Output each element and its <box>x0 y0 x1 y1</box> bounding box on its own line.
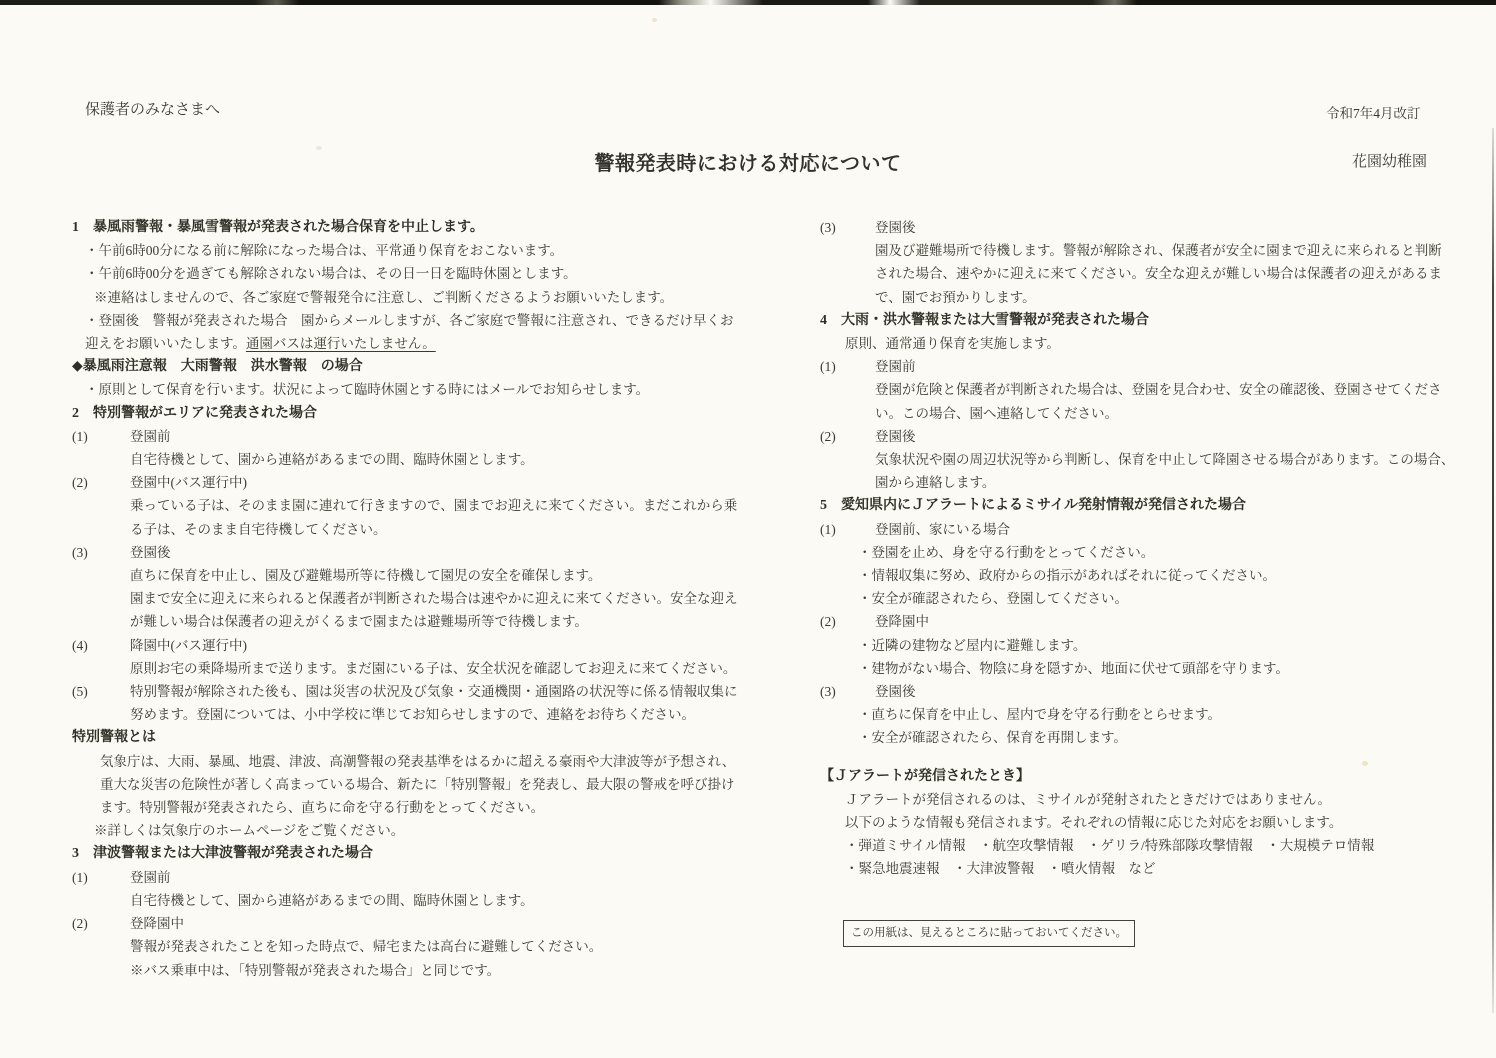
item-label: 登園後 <box>875 680 916 703</box>
line-text: ◆暴風雨注意報 大雨警報 洪水警報 の場合 <box>72 359 363 374</box>
line-text: ※詳しくは気象庁のホームページをご覧ください。 <box>94 823 404 838</box>
section-heading: 3 津波警報または大津波警報が発表された場合 <box>72 842 740 865</box>
item-label: 登園後 <box>875 425 916 448</box>
body-line: ・弾道ミサイル情報 ・航空攻撃情報 ・ゲリラ/特殊部隊攻撃情報 ・大規模テロ情報 <box>845 834 1455 857</box>
item-label: 登降園中 <box>875 610 929 633</box>
underlined-text: 通園バスは運行いたしません。 <box>246 336 436 351</box>
line-text: 園及び避難場所で待機します。警報が解除され、保護者が安全に園まで迎えに来られると… <box>875 243 1442 304</box>
line-text: ・登園を止め、身を守る行動をとってください。 <box>858 545 1154 560</box>
line-text: 1 暴風雨警報・暴風雪警報が発表された場合保育を中止します。 <box>72 220 484 235</box>
line-text: 以下のような情報も発信されます。それぞれの情報に応じた対応をお願いします。 <box>845 815 1342 830</box>
spacer <box>820 750 1455 765</box>
bullet-line: ・登園を止め、身を守る行動をとってください。 <box>858 541 1455 564</box>
line-text: ・原則として保育を行います。状況によって臨時休園とする時にはメールでお知らせしま… <box>85 382 649 397</box>
line-text: ・弾道ミサイル情報 ・航空攻撃情報 ・ゲリラ/特殊部隊攻撃情報 ・大規模テロ情報 <box>845 838 1374 853</box>
bullet-line: ・建物がない場合、物陰に身を隠すか、地面に伏せて頭部を守ります。 <box>858 657 1455 680</box>
item-number: (5) <box>72 680 130 703</box>
line-text: ・情報収集に努め、政府からの指示があればそれに従ってください。 <box>858 568 1276 583</box>
numbered-item: (1)登園前 <box>72 866 740 889</box>
item-label: 登園後 <box>130 541 171 564</box>
line-text: ・直ちに保育を中止し、屋内で身を守る行動をとらせます。 <box>858 707 1221 722</box>
numbered-item: (4)降園中(バス運行中) <box>72 634 740 657</box>
body-line: 原則、通常通り保育を実施します。 <box>845 332 1455 355</box>
definition-heading: 特別警報とは <box>72 726 740 749</box>
document-title: 警報発表時における対応について <box>0 153 1496 176</box>
line-text: ・安全が確認されたら、登園してください。 <box>858 591 1128 606</box>
item-text: 特別警報が解除された後も、園は災害の状況及び気象・交通機関・通園路の状況等に係る… <box>130 684 738 722</box>
scan-edge-artifact <box>0 0 1496 5</box>
left-column: 1 暴風雨警報・暴風雪警報が発表された場合保育を中止します。・午前6時00分にな… <box>72 216 740 982</box>
item-number: (3) <box>820 216 875 239</box>
line-text: 自宅待機として、園から連絡があるまでの間、臨時休園とします。 <box>130 452 534 467</box>
paragraph-line: 直ちに保育を中止し、園及び避難場所等に待機して園児の安全を確保します。 <box>130 564 740 587</box>
item-number: (3) <box>72 541 130 564</box>
item-number: (2) <box>72 912 130 935</box>
body-line: Ｊアラートが発信されるのは、ミサイルが発射されたときだけではありません。 <box>845 788 1455 811</box>
bullet-line: ・直ちに保育を中止し、屋内で身を守る行動をとらせます。 <box>858 703 1455 726</box>
paragraph-line: 自宅待機として、園から連絡があるまでの間、臨時休園とします。 <box>130 889 740 912</box>
numbered-item: (2)登降園中 <box>72 912 740 935</box>
paragraph-line: 原則お宅の乗降場所まで送ります。まだ園にいる子は、安全状況を確認してお迎えに来て… <box>130 657 740 680</box>
line-text: ・午前6時00分になる前に解除になった場合は、平常通り保育をおこないます。 <box>85 243 563 258</box>
section-heading: 2 特別警報がエリアに発表された場合 <box>72 402 740 425</box>
scan-speck <box>316 146 322 150</box>
revision-date: 令和7年4月改訂 <box>1326 102 1421 125</box>
item-label: 降園中(バス運行中) <box>130 634 247 657</box>
bullet-line: ・登園後 警報が発表された場合 園からメールしますが、各ご家庭で警報に注意され、… <box>85 309 740 355</box>
line-text: 特別警報とは <box>72 730 156 745</box>
subsection-heading: ◆暴風雨注意報 大雨警報 洪水警報 の場合 <box>72 355 740 378</box>
line-text: 5 愛知県内にＪアラートによるミサイル発射情報が発信された場合 <box>820 498 1246 513</box>
line-text: 自宅待機として、園から連絡があるまでの間、臨時休園とします。 <box>130 893 534 908</box>
line-text: ・建物がない場合、物陰に身を隠すか、地面に伏せて頭部を守ります。 <box>858 661 1289 676</box>
scan-edge-artifact-right <box>1492 128 1494 1013</box>
bullet-line: ・情報収集に努め、政府からの指示があればそれに従ってください。 <box>858 564 1455 587</box>
paragraph-line: 園及び避難場所で待機します。警報が解除され、保護者が安全に園まで迎えに来られると… <box>875 239 1455 309</box>
item-number: (4) <box>72 634 130 657</box>
line-text: 3 津波警報または大津波警報が発表された場合 <box>72 846 373 861</box>
item-label: 登園前 <box>130 866 171 889</box>
section-heading: 5 愛知県内にＪアラートによるミサイル発射情報が発信された場合 <box>820 494 1455 517</box>
bullet-line: ・午前6時00分になる前に解除になった場合は、平常通り保育をおこないます。 <box>85 239 740 262</box>
line-text: ・午前6時00分を過ぎても解除されない場合は、その日一日を臨時休園とします。 <box>85 266 577 281</box>
bullet-line: ・午前6時00分を過ぎても解除されない場合は、その日一日を臨時休園とします。 <box>85 262 740 285</box>
line-text: 警報が発表されたことを知った時点で、帰宅または高台に避難してください。 <box>130 939 602 954</box>
item-label: 登降園中 <box>130 912 184 935</box>
note-line: ※詳しくは気象庁のホームページをご覧ください。 <box>94 819 740 842</box>
item-number: (2) <box>72 471 130 494</box>
numbered-item: (3)登園後 <box>820 216 1455 239</box>
item-number: (1) <box>820 518 875 541</box>
line-text: 登園が危険と保護者が判断された場合は、登園を見合わせ、安全の確認後、登園させてく… <box>875 382 1442 420</box>
paragraph-line: 自宅待機として、園から連絡があるまでの間、臨時休園とします。 <box>130 448 740 471</box>
numbered-item: (3)登園後 <box>72 541 740 564</box>
item-label: 登園後 <box>875 216 916 239</box>
item-number: (1) <box>820 355 875 378</box>
numbered-item: (2)登降園中 <box>820 610 1455 633</box>
line-text: 【Ｊアラートが発信されたとき】 <box>820 769 1030 784</box>
body-line: ・緊急地震速報 ・大津波警報 ・噴火情報 など <box>845 857 1455 880</box>
item-label: 登園中(バス運行中) <box>130 471 247 494</box>
body-line: 以下のような情報も発信されます。それぞれの情報に応じた対応をお願いします。 <box>845 811 1455 834</box>
salutation: 保護者のみなさまへ <box>85 99 220 122</box>
line-text: 気象状況や園の周辺状況等から判断し、保育を中止して降園させる場合があります。この… <box>875 452 1454 490</box>
item-label: 登園前 <box>130 425 171 448</box>
line-text: 乗っている子は、そのまま園に連れて行きますので、園までお迎えに来てください。まだ… <box>130 498 737 536</box>
line-text: ※バス乗車中は、「特別警報が発表された場合」と同じです。 <box>130 963 500 978</box>
bullet-line: ・安全が確認されたら、保育を再開します。 <box>858 726 1455 749</box>
section-heading: 4 大雨・洪水警報または大雪警報が発表された場合 <box>820 309 1455 332</box>
line-text: ・安全が確認されたら、保育を再開します。 <box>858 730 1127 745</box>
item-number: (1) <box>72 866 130 889</box>
paragraph-line: 園まで安全に迎えに来られると保護者が判断された場合は速やかに迎えに来てください。… <box>130 587 740 633</box>
numbered-item: (3)登園後 <box>820 680 1455 703</box>
note-line: ※連絡はしませんので、各ご家庭で警報発令に注意し、ご判断くださるようお願いいたし… <box>94 286 740 309</box>
line-text: 2 特別警報がエリアに発表された場合 <box>72 406 317 421</box>
line-text: 原則、通常通り保育を実施します。 <box>845 336 1060 351</box>
section-heading: 1 暴風雨警報・暴風雪警報が発表された場合保育を中止します。 <box>72 216 740 239</box>
paragraph-line: 登園が危険と保護者が判断された場合は、登園を見合わせ、安全の確認後、登園させてく… <box>875 378 1455 424</box>
bullet-line: ・原則として保育を行います。状況によって臨時休園とする時にはメールでお知らせしま… <box>85 378 740 401</box>
line-text: 直ちに保育を中止し、園及び避難場所等に待機して園児の安全を確保します。 <box>130 568 601 583</box>
item-number: (1) <box>72 425 130 448</box>
line-text: ※連絡はしませんので、各ご家庭で警報発令に注意し、ご判断くださるようお願いいたし… <box>94 290 673 305</box>
item-number: (2) <box>820 425 875 448</box>
paragraph-line: 乗っている子は、そのまま園に連れて行きますので、園までお迎えに来てください。まだ… <box>130 494 740 540</box>
notice-box: この用紙は、見えるところに貼っておいてください。 <box>843 920 1135 947</box>
line-text: 原則お宅の乗降場所まで送ります。まだ園にいる子は、安全状況を確認してお迎えに来て… <box>130 661 736 676</box>
line-text: Ｊアラートが発信されるのは、ミサイルが発射されたときだけではありません。 <box>845 792 1331 807</box>
item-label: 登園前、家にいる場合 <box>875 518 1010 541</box>
numbered-item: (2)登園中(バス運行中) <box>72 471 740 494</box>
item-number: (3) <box>820 680 875 703</box>
scanned-document-page: 保護者のみなさまへ 令和7年4月改訂 花園幼稚園 警報発表時における対応について… <box>0 0 1496 1058</box>
paragraph-line: 気象状況や園の周辺状況等から判断し、保育を中止して降園させる場合があります。この… <box>875 448 1455 494</box>
numbered-item: (1)登園前、家にいる場合 <box>820 518 1455 541</box>
item-number: (2) <box>820 610 875 633</box>
numbered-item: (1)登園前 <box>72 425 740 448</box>
line-text: ・緊急地震速報 ・大津波警報 ・噴火情報 など <box>845 861 1156 876</box>
line-text: 気象庁は、大雨、暴風、地震、津波、高潮警報の発表基準をはるかに超える豪雨や大津波… <box>100 754 735 815</box>
line-text: ・近隣の建物など屋内に避難します。 <box>858 638 1086 653</box>
paragraph-line: ※バス乗車中は、「特別警報が発表された場合」と同じです。 <box>130 959 740 982</box>
body-line: 気象庁は、大雨、暴風、地震、津波、高潮警報の発表基準をはるかに超える豪雨や大津波… <box>100 750 740 820</box>
scan-speck <box>652 18 657 22</box>
item-label: 登園前 <box>875 355 916 378</box>
numbered-item: (2)登園後 <box>820 425 1455 448</box>
section-heading: 【Ｊアラートが発信されたとき】 <box>820 765 1455 788</box>
right-column: (3)登園後園及び避難場所で待機します。警報が解除され、保護者が安全に園まで迎え… <box>820 216 1455 881</box>
line-text: 4 大雨・洪水警報または大雪警報が発表された場合 <box>820 313 1149 328</box>
numbered-paragraph: (5)特別警報が解除された後も、園は災害の状況及び気象・交通機関・通園路の状況等… <box>72 680 740 726</box>
paragraph-line: 警報が発表されたことを知った時点で、帰宅または高台に避難してください。 <box>130 935 740 958</box>
line-text: 園まで安全に迎えに来られると保護者が判断された場合は速やかに迎えに来てください。… <box>130 591 738 629</box>
bullet-line: ・近隣の建物など屋内に避難します。 <box>858 634 1455 657</box>
numbered-item: (1)登園前 <box>820 355 1455 378</box>
bullet-line: ・安全が確認されたら、登園してください。 <box>858 587 1455 610</box>
